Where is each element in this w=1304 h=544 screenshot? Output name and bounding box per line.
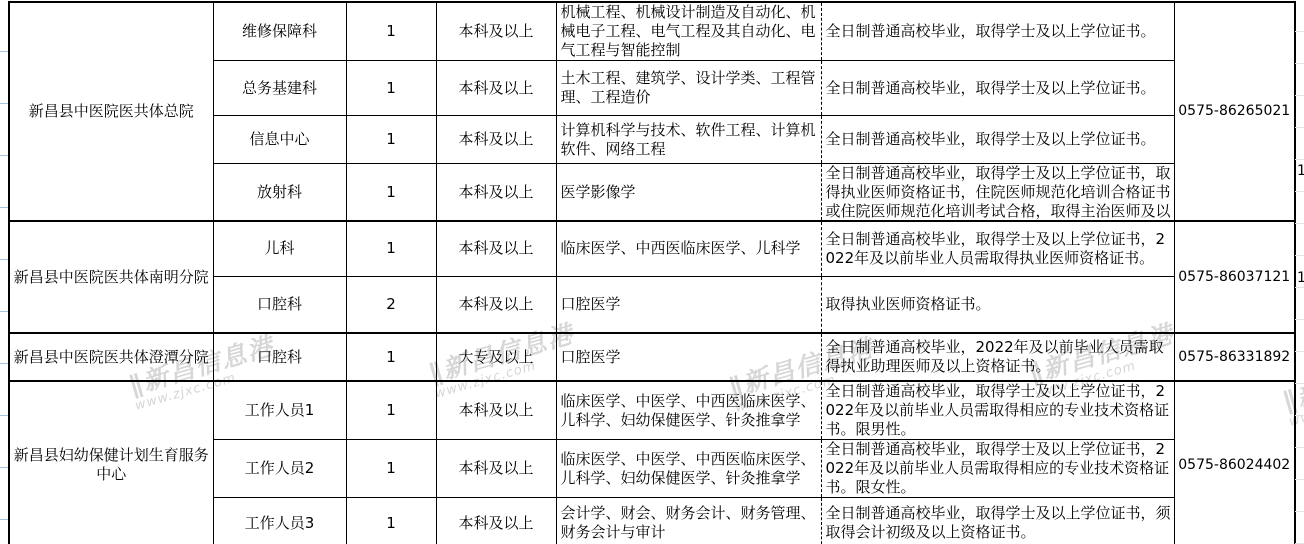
majors-cell: 临床医学、中医学、中西医临床医学、儿科学、妇幼保健医学、针灸推拿学 bbox=[556, 381, 821, 440]
education-cell: 大专及以上 bbox=[436, 333, 556, 381]
position-cell: 工作人员2 bbox=[213, 440, 346, 498]
requirements-cell: 全日制普通高校毕业，取得学士及以上学位证书，2022年及以前毕业人员需取得执业医… bbox=[821, 221, 1174, 276]
position-cell: 总务基建科 bbox=[213, 61, 346, 116]
phone-cell: 0575-86331892 bbox=[1174, 333, 1295, 381]
education-cell: 本科及以上 bbox=[436, 221, 556, 276]
table-row: 新昌县中医院医共体澄潭分院 口腔科 1 大专及以上 口腔医学 全日制普通高校毕业… bbox=[9, 333, 1295, 381]
majors-cell: 临床医学、中医学、中西医临床医学、儿科学、妇幼保健医学、针灸推拿学 bbox=[556, 440, 821, 498]
education-cell: 本科及以上 bbox=[436, 164, 556, 222]
position-cell: 口腔科 bbox=[213, 333, 346, 381]
position-cell: 口腔科 bbox=[213, 276, 346, 333]
position-cell: 信息中心 bbox=[213, 116, 346, 164]
count-cell: 1 bbox=[346, 333, 436, 381]
education-cell: 本科及以上 bbox=[436, 498, 556, 544]
education-cell: 本科及以上 bbox=[436, 2, 556, 61]
requirements-cell: 全日制普通高校毕业，取得学士及以上学位证书。 bbox=[821, 61, 1174, 116]
requirements-cell: 全日制普通高校毕业，取得学士及以上学位证书，取得执业医师资格证书，住院医师规范化… bbox=[821, 164, 1174, 222]
majors-cell: 口腔医学 bbox=[556, 276, 821, 333]
phone-cell: 0575-86265021 bbox=[1174, 2, 1295, 221]
clipped-text: 全日制普通高校毕业，取得学士及以上学位证书，取得执业医师资格证书，住院医师规范化… bbox=[826, 164, 1172, 220]
requirements-cell: 全日制普通高校毕业，取得学士及以上学位证书，2022年及以前毕业人员需取得相应的… bbox=[821, 440, 1174, 498]
position-cell: 维修保障科 bbox=[213, 2, 346, 61]
position-cell: 儿科 bbox=[213, 221, 346, 276]
clipped-cell-value: 1 bbox=[1297, 163, 1304, 179]
phone-cell: 0575-86037121 bbox=[1174, 221, 1295, 333]
majors-cell: 临床医学、中西医临床医学、儿科学 bbox=[556, 221, 821, 276]
excel-gridline-left-edge bbox=[0, 0, 8, 544]
count-cell: 1 bbox=[346, 498, 436, 544]
majors-cell: 会计学、财会、财务会计、财务管理、财务会计与审计 bbox=[556, 498, 821, 544]
unit-cell: 新昌县妇幼保健计划生育服务中心 bbox=[9, 381, 213, 544]
table-row: 新昌县中医院医共体南明分院 儿科 1 本科及以上 临床医学、中西医临床医学、儿科… bbox=[9, 221, 1295, 276]
position-cell: 放射科 bbox=[213, 164, 346, 222]
education-cell: 本科及以上 bbox=[436, 116, 556, 164]
phone-cell: 0575-86024402 bbox=[1174, 381, 1295, 544]
spreadsheet-screenshot: 新昌县中医院医共体总院 维修保障科 1 本科及以上 机械工程、机械设计制造及自动… bbox=[0, 0, 1304, 544]
count-cell: 1 bbox=[346, 164, 436, 222]
requirements-cell: 全日制普通高校毕业，取得学士及以上学位证书。 bbox=[821, 2, 1174, 61]
count-cell: 1 bbox=[346, 440, 436, 498]
unit-cell: 新昌县中医院医共体澄潭分院 bbox=[9, 333, 213, 381]
table-row: 新昌县中医院医共体总院 维修保障科 1 本科及以上 机械工程、机械设计制造及自动… bbox=[9, 2, 1295, 61]
position-cell: 工作人员1 bbox=[213, 381, 346, 440]
count-cell: 1 bbox=[346, 2, 436, 61]
count-cell: 1 bbox=[346, 61, 436, 116]
requirements-cell: 取得执业医师资格证书。 bbox=[821, 276, 1174, 333]
education-cell: 本科及以上 bbox=[436, 440, 556, 498]
unit-cell: 新昌县中医院医共体总院 bbox=[9, 2, 213, 221]
position-cell: 工作人员3 bbox=[213, 498, 346, 544]
recruitment-table: 新昌县中医院医共体总院 维修保障科 1 本科及以上 机械工程、机械设计制造及自动… bbox=[8, 1, 1296, 544]
education-cell: 本科及以上 bbox=[436, 61, 556, 116]
count-cell: 2 bbox=[346, 276, 436, 333]
education-cell: 本科及以上 bbox=[436, 381, 556, 440]
majors-cell: 机械工程、机械设计制造及自动化、机械电子工程、电气工程及其自动化、电气工程与智能… bbox=[556, 2, 821, 61]
unit-cell: 新昌县中医院医共体南明分院 bbox=[9, 221, 213, 333]
majors-cell: 土木工程、建筑学、设计学类、工程管理、工程造价 bbox=[556, 61, 821, 116]
count-cell: 1 bbox=[346, 221, 436, 276]
requirements-cell: 全日制普通高校毕业，取得学士及以上学位证书，须取得会计初级及以上资格证书。 bbox=[821, 498, 1174, 544]
table-row: 新昌县妇幼保健计划生育服务中心 工作人员1 1 本科及以上 临床医学、中医学、中… bbox=[9, 381, 1295, 440]
education-cell: 本科及以上 bbox=[436, 276, 556, 333]
majors-cell: 口腔医学 bbox=[556, 333, 821, 381]
clipped-cell-value: 1 bbox=[1297, 270, 1304, 286]
requirements-cell: 全日制普通高校毕业，2022年及以前毕业人员需取得执业助理医师及以上资格证书。 bbox=[821, 333, 1174, 381]
count-cell: 1 bbox=[346, 381, 436, 440]
requirements-cell: 全日制普通高校毕业，取得学士及以上学位证书。 bbox=[821, 116, 1174, 164]
majors-cell: 医学影像学 bbox=[556, 164, 821, 222]
count-cell: 1 bbox=[346, 116, 436, 164]
majors-cell: 计算机科学与技术、软件工程、计算机软件、网络工程 bbox=[556, 116, 821, 164]
requirements-cell: 全日制普通高校毕业，取得学士及以上学位证书，2022年及以前毕业人员需取得相应的… bbox=[821, 381, 1174, 440]
